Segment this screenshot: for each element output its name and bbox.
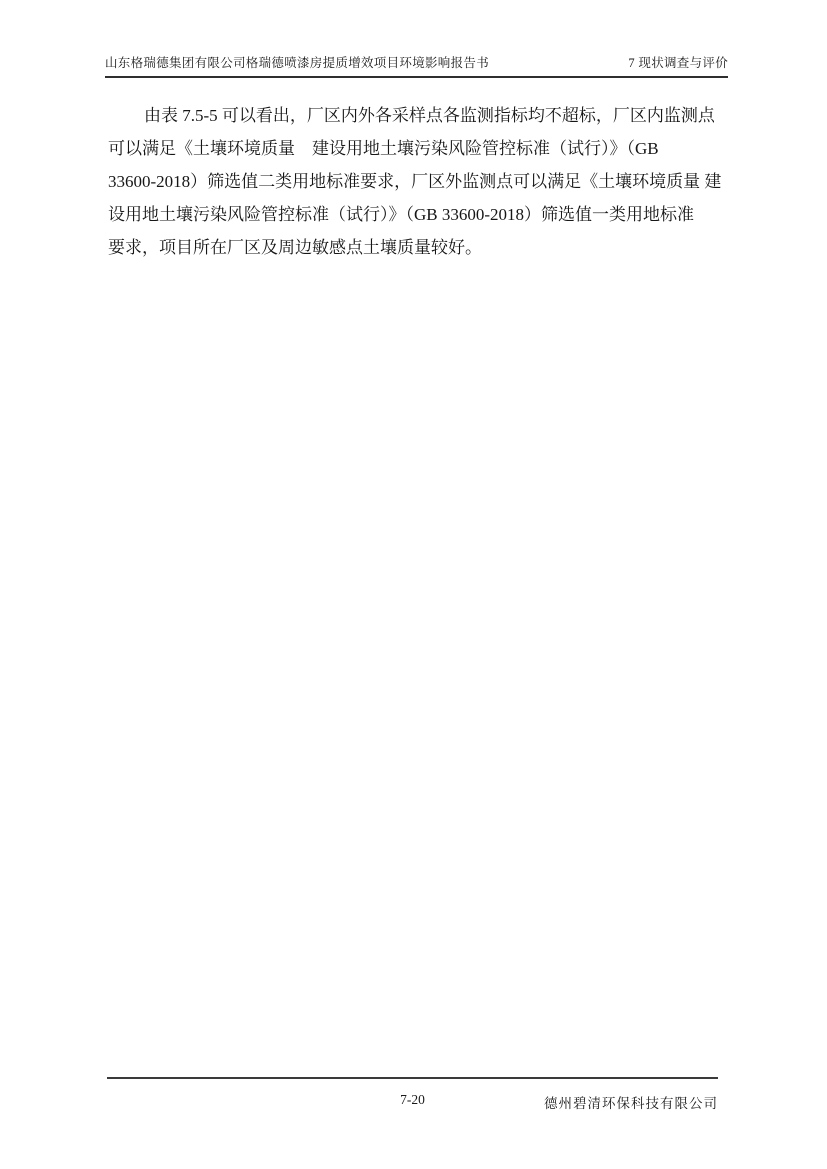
header-report-title: 山东格瑞德集团有限公司格瑞德喷漆房提质增效项目环境影响报告书 xyxy=(105,53,489,71)
paragraph-line: 要求，项目所在厂区及周边敏感点土壤质量较好。 xyxy=(108,231,723,264)
paragraph-line: 33600-2018）筛选值二类用地标准要求，厂区外监测点可以满足《土壤环境质量… xyxy=(108,165,723,198)
document-page: 山东格瑞德集团有限公司格瑞德喷漆房提质增效项目环境影响报告书 7 现状调查与评价… xyxy=(0,0,827,1169)
paragraph-line: 设用地土壤污染风险管控标准（试行）》（GB 33600-2018）筛选值一类用地… xyxy=(108,198,723,231)
page-footer: 7-20 德州碧清环保科技有限公司 xyxy=(107,1092,718,1112)
footer-page-number: 7-20 xyxy=(400,1092,425,1108)
page-header: 山东格瑞德集团有限公司格瑞德喷漆房提质增效项目环境影响报告书 7 现状调查与评价 xyxy=(105,53,728,78)
header-chapter-title: 7 现状调查与评价 xyxy=(628,53,728,71)
footer-rule xyxy=(107,1077,718,1079)
footer-company-name: 德州碧清环保科技有限公司 xyxy=(544,1092,718,1112)
paragraph-line: 可以满足《土壤环境质量 建设用地土壤污染风险管控标准（试行）》（GB xyxy=(108,132,723,165)
body-paragraph: 由表 7.5-5 可以看出，厂区内外各采样点各监测指标均不超标，厂区内监测点可以… xyxy=(108,99,723,264)
paragraph-line: 由表 7.5-5 可以看出，厂区内外各采样点各监测指标均不超标，厂区内监测点 xyxy=(108,99,723,132)
